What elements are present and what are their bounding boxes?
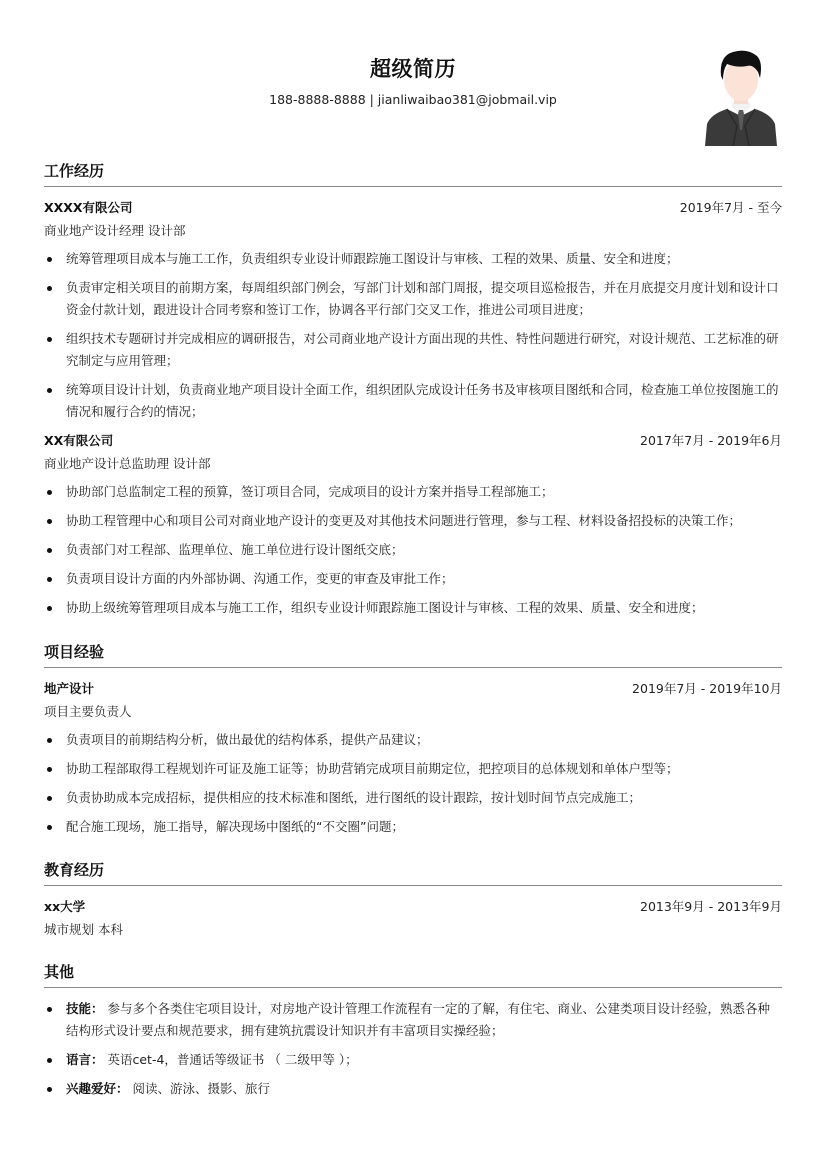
duty-list: 统筹管理项目成本与施工工作，负责组织专业设计师跟踪施工图设计与审核、工程的效果、… — [44, 248, 782, 423]
other-list: 技能： 参与多个各类住宅项目设计，对房地产设计管理工作流程有一定的了解，有住宅、… — [44, 998, 782, 1100]
section-divider — [44, 667, 782, 668]
item-text: 阅读、游泳、摄影、旅行 — [129, 1081, 270, 1096]
company-name: XX有限公司 — [44, 431, 113, 449]
list-item: 负责部门对工程部、监理单位、施工单位进行设计图纸交底； — [44, 539, 782, 561]
hobbies-item: 兴趣爱好： 阅读、游泳、摄影、旅行 — [44, 1078, 782, 1100]
section-title: 其他 — [44, 961, 782, 985]
list-item: 协助工程管理中心和项目公司对商业地产设计的变更及对其他技术问题进行管理，参与工程… — [44, 510, 782, 532]
list-item: 协助部门总监制定工程的预算，签订项目合同，完成项目的设计方案并指导工程部施工； — [44, 481, 782, 503]
section-divider — [44, 885, 782, 886]
list-item: 协助上级统筹管理项目成本与施工工作，组织专业设计师跟踪施工图设计与审核、工程的效… — [44, 597, 782, 619]
project-role: 项目主要负责人 — [44, 700, 782, 724]
item-label: 兴趣爱好： — [66, 1081, 129, 1096]
work-entry: XXXX有限公司 2019年7月 - 至今 商业地产设计经理 设计部 统筹管理项… — [44, 195, 782, 423]
other-section: 其他 技能： 参与多个各类住宅项目设计，对房地产设计管理工作流程有一定的了解，有… — [44, 961, 782, 1107]
item-label: 技能： — [66, 1001, 104, 1016]
list-item: 配合施工现场，施工指导，解决现场中图纸的“不交圈”问题； — [44, 816, 782, 838]
education-section: 教育经历 xx大学 2013年9月 - 2013年9月 城市规划 本科 — [44, 859, 782, 942]
list-item: 协助工程部取得工程规划许可证及施工证等；协助营销完成项目前期定位，把控项目的总体… — [44, 758, 782, 780]
list-item: 负责协助成本完成招标，提供相应的技术标准和图纸，进行图纸的设计跟踪，按计划时间节… — [44, 787, 782, 809]
project-name: 地产设计 — [44, 679, 94, 697]
list-item: 负责项目设计方面的内外部协调、沟通工作，变更的审查及审批工作； — [44, 568, 782, 590]
company-name: XXXX有限公司 — [44, 198, 133, 216]
duty-list: 负责项目的前期结构分析，做出最优的结构体系，提供产品建议； 协助工程部取得工程规… — [44, 729, 782, 838]
list-item: 组织技术专题研讨并完成相应的调研报告，对公司商业地产设计方面出现的共性、特性问题… — [44, 328, 782, 372]
entry-header: XXXX有限公司 2019年7月 - 至今 — [44, 195, 782, 219]
job-role: 商业地产设计总监助理 设计部 — [44, 452, 782, 476]
item-text: 英语cet-4，普通话等级证书 （ 二级甲等 ）； — [104, 1052, 358, 1067]
work-experience-section: 工作经历 XXXX有限公司 2019年7月 - 至今 商业地产设计经理 设计部 … — [44, 160, 782, 430]
list-item: 统筹项目设计计划，负责商业地产项目设计全面工作，组织团队完成设计任务书及审核项目… — [44, 379, 782, 423]
work-entry-2: XX有限公司 2017年7月 - 2019年6月 商业地产设计总监助理 设计部 … — [44, 428, 782, 626]
entry-header: XX有限公司 2017年7月 - 2019年6月 — [44, 428, 782, 452]
item-label: 语言： — [66, 1052, 104, 1067]
list-item: 统筹管理项目成本与施工工作，负责组织专业设计师跟踪施工图设计与审核、工程的效果、… — [44, 248, 782, 270]
section-divider — [44, 186, 782, 187]
item-text: 参与多个各类住宅项目设计，对房地产设计管理工作流程有一定的了解，有住宅、商业、公… — [66, 1001, 770, 1038]
language-item: 语言： 英语cet-4，普通话等级证书 （ 二级甲等 ）； — [44, 1049, 782, 1071]
job-role: 商业地产设计经理 设计部 — [44, 219, 782, 243]
resume-page: 超级简历 188-8888-8888 | jianliwaibao381@job… — [0, 0, 826, 1169]
list-item: 负责审定相关项目的前期方案，每周组织部门例会，写部门计划和部门周报，提交项目巡检… — [44, 277, 782, 321]
date-range: 2017年7月 - 2019年6月 — [640, 431, 782, 449]
major-degree: 城市规划 本科 — [44, 918, 782, 942]
school-name: xx大学 — [44, 897, 85, 915]
list-item: 负责项目的前期结构分析，做出最优的结构体系，提供产品建议； — [44, 729, 782, 751]
date-range: 2019年7月 - 至今 — [680, 198, 782, 216]
person-avatar-icon — [703, 46, 779, 146]
section-title: 工作经历 — [44, 160, 782, 184]
project-entry: 地产设计 2019年7月 - 2019年10月 项目主要负责人 负责项目的前期结… — [44, 676, 782, 838]
entry-header: 地产设计 2019年7月 - 2019年10月 — [44, 676, 782, 700]
skills-item: 技能： 参与多个各类住宅项目设计，对房地产设计管理工作流程有一定的了解，有住宅、… — [44, 998, 782, 1042]
section-title: 教育经历 — [44, 859, 782, 883]
date-range: 2013年9月 - 2013年9月 — [640, 897, 782, 915]
section-divider — [44, 987, 782, 988]
duty-list: 协助部门总监制定工程的预算，签订项目合同，完成项目的设计方案并指导工程部施工； … — [44, 481, 782, 619]
project-experience-section: 项目经验 地产设计 2019年7月 - 2019年10月 项目主要负责人 负责项… — [44, 641, 782, 845]
date-range: 2019年7月 - 2019年10月 — [632, 679, 782, 697]
entry-header: xx大学 2013年9月 - 2013年9月 — [44, 894, 782, 918]
education-entry: xx大学 2013年9月 - 2013年9月 城市规划 本科 — [44, 894, 782, 942]
section-title: 项目经验 — [44, 641, 782, 665]
